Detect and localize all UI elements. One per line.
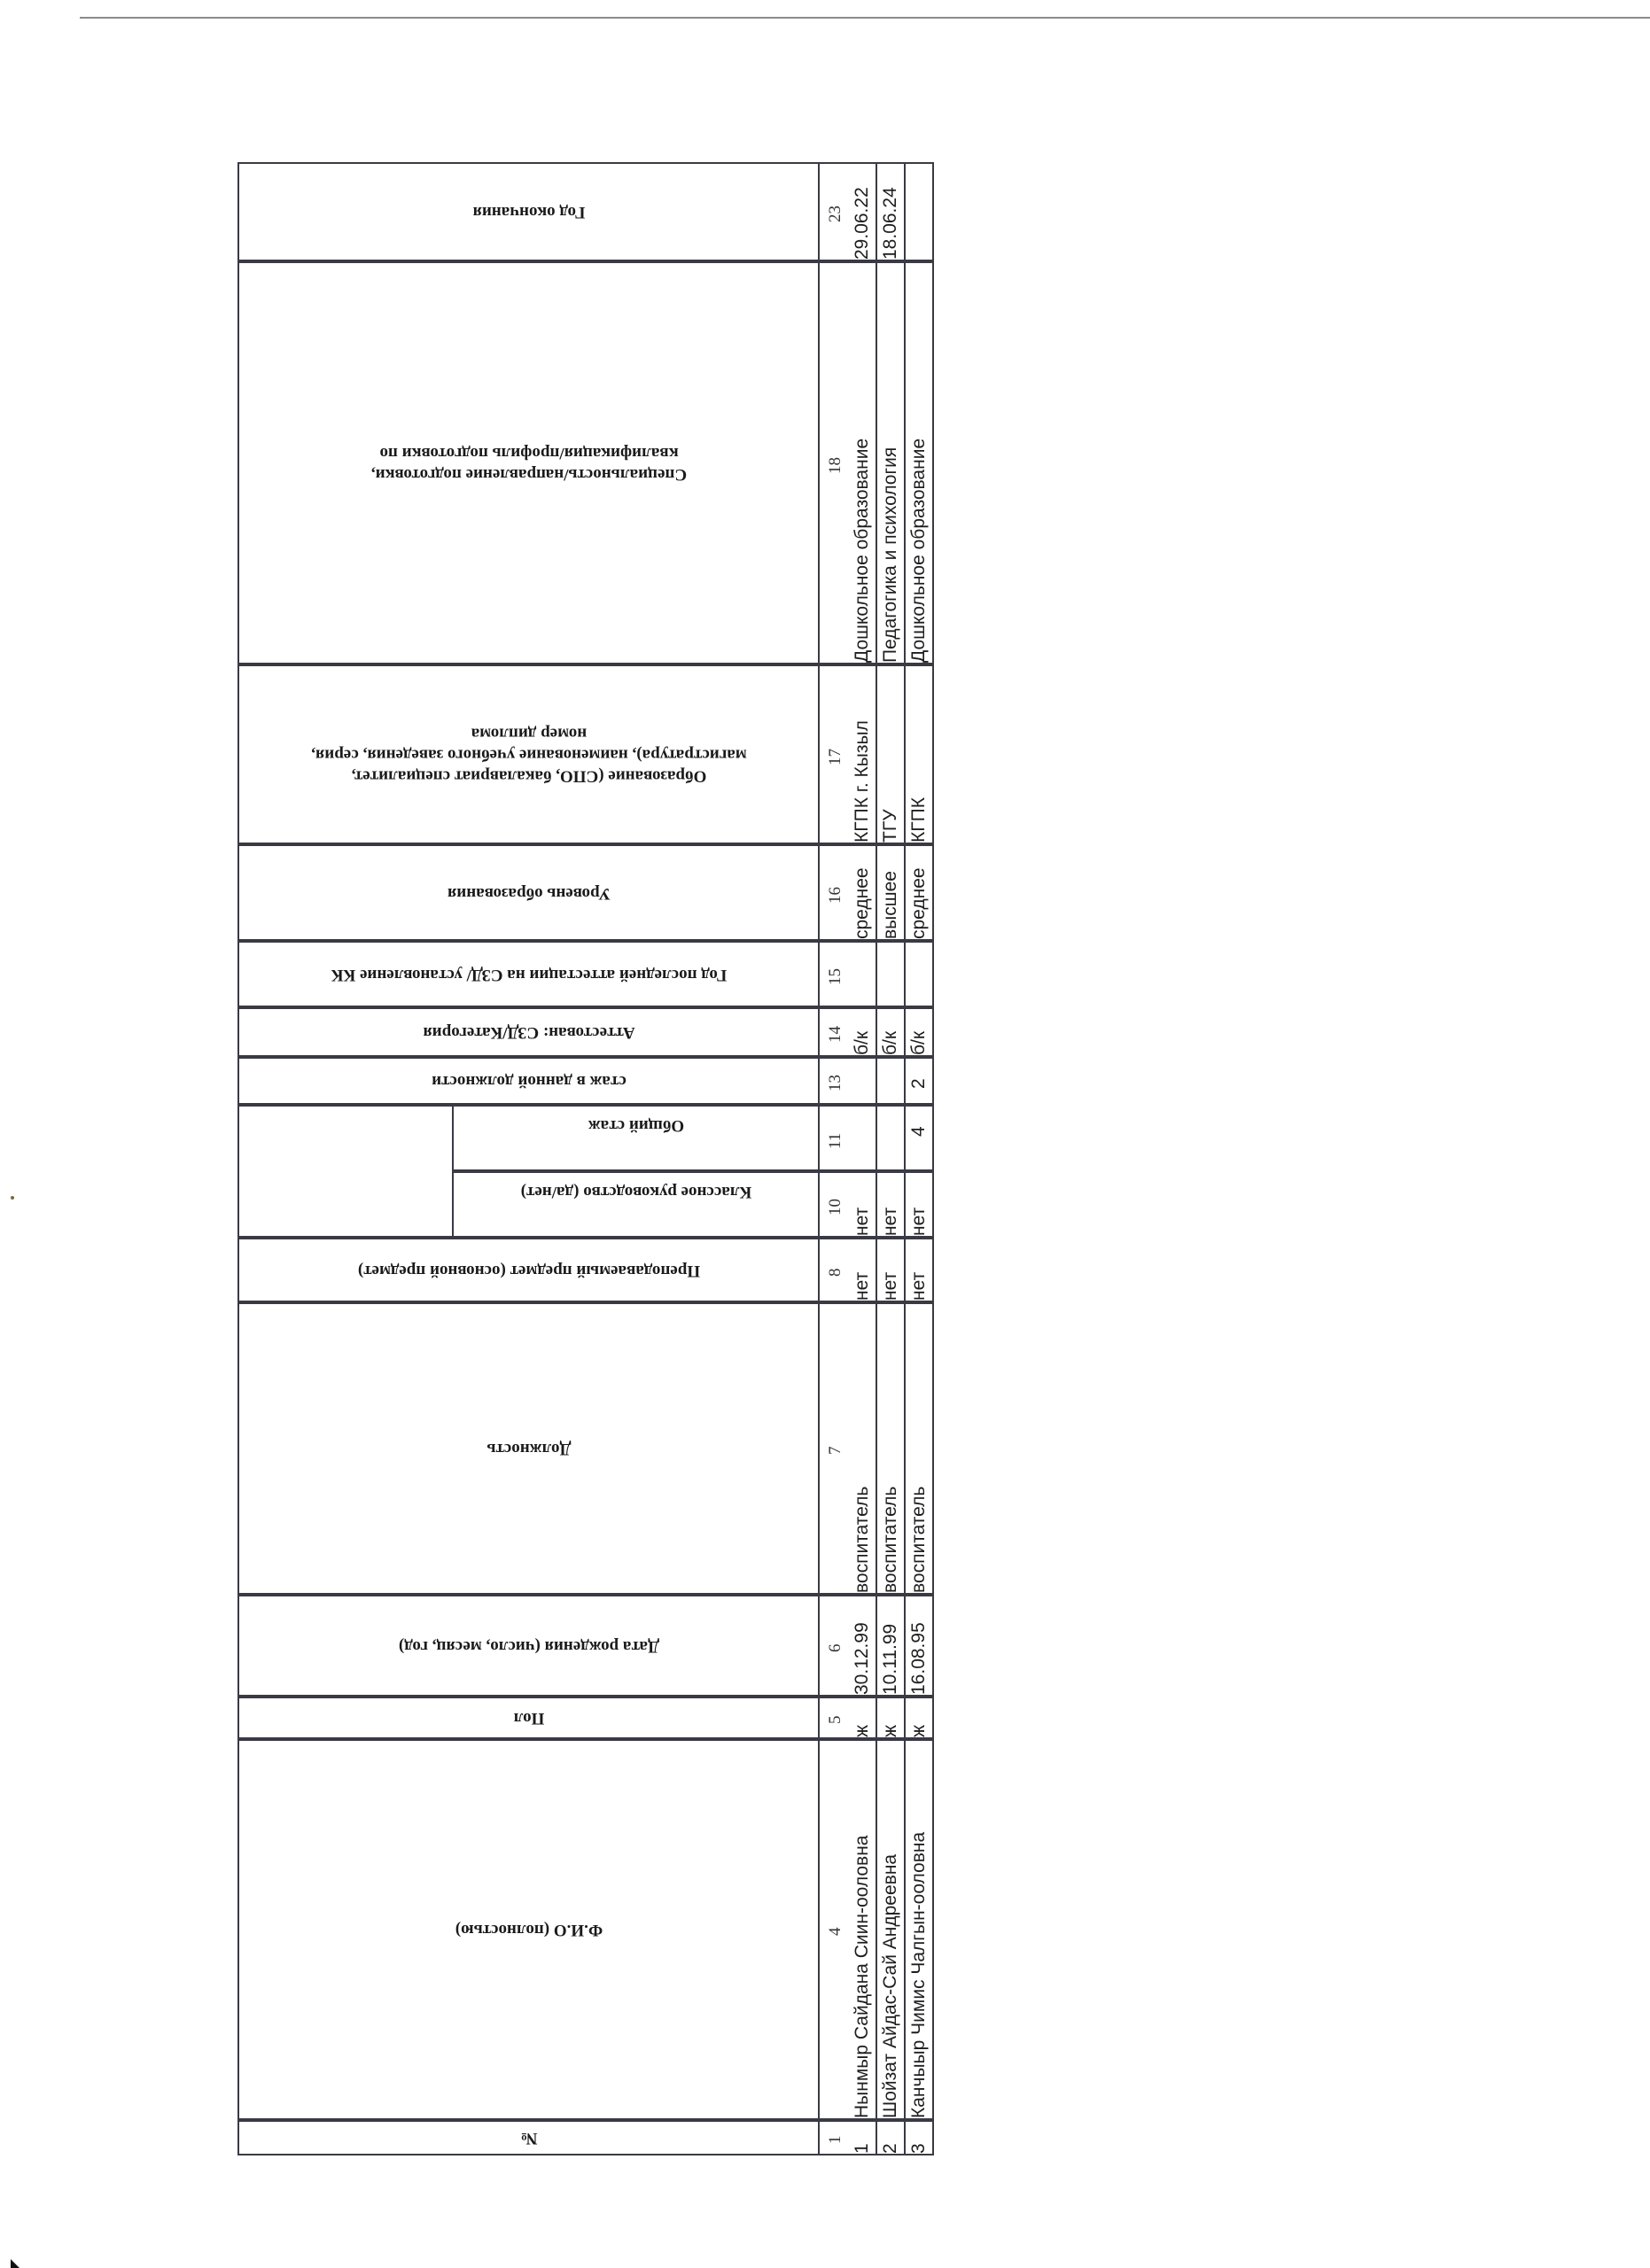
column-header-label: Уровень образования xyxy=(281,882,777,904)
table-cell-c18: Педагогика и психология xyxy=(876,261,906,664)
column-header-c8: Преподаваемый предмет (основной предмет) xyxy=(237,1238,820,1302)
table-cell-c16: 16среднее xyxy=(818,844,877,941)
scan-corner-mark xyxy=(11,2259,19,2268)
table-cell-c5: ж xyxy=(876,1697,906,1739)
column-header-label: Классное руководство (да/нет) xyxy=(470,1181,802,1202)
table-cell-c23: 2329.06.22 xyxy=(818,162,877,261)
table-cell-c17: КГПК xyxy=(904,664,934,844)
column-number: 23 xyxy=(827,206,844,222)
table-cell-c5: ж xyxy=(904,1697,934,1739)
column-number: 15 xyxy=(827,968,844,985)
cell-value-c5: ж xyxy=(852,1725,871,1737)
column-header-c23: Год окончания xyxy=(237,162,820,261)
column-header-label: Преподаваемый предмет (основной предмет) xyxy=(281,1260,777,1281)
table-cell-c14: 14б/к xyxy=(818,1007,877,1057)
column-header-label: Год последней аттестации на СЗД/ установ… xyxy=(281,964,777,985)
cell-value-c1: 3 xyxy=(909,2143,928,2154)
table-cell-c1: 3 xyxy=(904,2120,934,2155)
cell-value-c14: б/к xyxy=(852,1031,871,1055)
cell-value-c4: Канчыыр Чимис Чалгын-ооловна xyxy=(909,1832,928,2118)
table-cell-c6: 16.08.95 xyxy=(904,1595,934,1697)
column-header-label: Аттестован: СЗД/Категория xyxy=(281,1021,777,1043)
column-number: 14 xyxy=(827,1026,844,1043)
scan-top-rule xyxy=(80,17,1650,19)
cell-value-c7: воспитатель xyxy=(852,1487,871,1593)
cell-value-c1: 2 xyxy=(881,2143,899,2154)
table-cell-c13: 13 xyxy=(818,1057,877,1105)
column-header-c6: Дата рождения (число, месяц, год) xyxy=(237,1595,820,1697)
scan-speck xyxy=(11,1196,14,1200)
table-cell-c10: нет xyxy=(904,1171,934,1238)
cell-value-c10: нет xyxy=(909,1208,928,1236)
column-header-c15: Год последней аттестации на СЗД/ установ… xyxy=(237,941,820,1007)
cell-value-c5: ж xyxy=(881,1725,899,1737)
cell-value-c10: нет xyxy=(852,1208,871,1236)
column-header-c16: Уровень образования xyxy=(237,844,820,941)
cell-value-c11: 4 xyxy=(909,1126,928,1137)
column-header-c14: Аттестован: СЗД/Категория xyxy=(237,1007,820,1057)
cell-value-c18: Педагогика и психология xyxy=(881,447,899,663)
table-cell-c15: 15 xyxy=(818,941,877,1007)
column-header-c13: стаж в данной должности xyxy=(237,1057,820,1105)
cell-value-c8: нет xyxy=(881,1272,899,1301)
cell-value-c18: Дошкольное образование xyxy=(909,439,928,663)
table-cell-c15 xyxy=(904,941,934,1007)
column-number: 1 xyxy=(827,2136,844,2145)
cell-value-c14: б/к xyxy=(881,1031,899,1055)
cell-value-c17: КГПК xyxy=(909,797,928,843)
column-header-c4: Ф.И.О (полностью) xyxy=(237,1739,820,2120)
column-number: 4 xyxy=(827,1928,844,1937)
cell-value-c6: 30.12.99 xyxy=(852,1622,871,1695)
cell-value-c18: Дошкольное образование xyxy=(852,439,871,663)
table-cell-c11: 11 xyxy=(818,1105,877,1171)
cell-value-c7: воспитатель xyxy=(909,1487,928,1593)
table-cell-c13 xyxy=(876,1057,906,1105)
column-header-c1: № xyxy=(237,2120,820,2155)
table-cell-c4: 4Нынмыр Сайдана Сиин-ооловна xyxy=(818,1739,877,2120)
cell-value-c1: 1 xyxy=(852,2143,871,2154)
column-number: 6 xyxy=(827,1644,844,1653)
table-cell-c4: Канчыыр Чимис Чалгын-ооловна xyxy=(904,1739,934,2120)
column-header-label: Год окончания xyxy=(281,201,777,222)
table-cell-c10: 10нет xyxy=(818,1171,877,1238)
column-number: 7 xyxy=(827,1447,844,1456)
cell-value-c16: среднее xyxy=(909,867,928,939)
column-header-label: Ф.И.О (полностью) xyxy=(281,1919,777,1940)
cell-value-c4: Шойзат Айдас-Сай Андреевна xyxy=(881,1854,899,2118)
column-header-label: Общий стаж xyxy=(470,1115,802,1136)
table-cell-c4: Шойзат Айдас-Сай Андреевна xyxy=(876,1739,906,2120)
cell-value-c17: ТГУ xyxy=(881,809,899,843)
table-cell-c23: 18.06.24 xyxy=(876,162,906,261)
cell-value-c16: высшее xyxy=(881,871,899,939)
column-header-c7: Должность xyxy=(237,1302,820,1595)
table-cell-c6: 10.11.99 xyxy=(876,1595,906,1697)
cell-value-c6: 10.11.99 xyxy=(881,1624,899,1695)
table-cell-c5: 5ж xyxy=(818,1697,877,1739)
column-number: 11 xyxy=(827,1133,844,1149)
table-cell-c17: 17КГПК г. Кызыл xyxy=(818,664,877,844)
column-header-c11: Общий стаж xyxy=(452,1105,820,1171)
table-cell-c16: высшее xyxy=(876,844,906,941)
table-cell-c11 xyxy=(876,1105,906,1171)
table-cell-c14: б/к xyxy=(904,1007,934,1057)
column-header-c17: Образование (СПО, бакалавриат специалите… xyxy=(237,664,820,844)
column-number: 10 xyxy=(827,1199,844,1216)
table-cell-c11: 4 xyxy=(904,1105,934,1171)
column-number: 8 xyxy=(827,1269,844,1278)
table-cell-c18: 18Дошкольное образование xyxy=(818,261,877,664)
column-number: 17 xyxy=(827,749,844,765)
table-cell-c16: среднее xyxy=(904,844,934,941)
column-header-c5: Пол xyxy=(237,1697,820,1739)
column-header-label: Пол xyxy=(281,1707,777,1728)
column-header-c10: Классное руководство (да/нет) xyxy=(452,1171,820,1238)
cell-value-c4: Нынмыр Сайдана Сиин-ооловна xyxy=(852,1836,871,2118)
table-cell-c7: 7воспитатель xyxy=(818,1302,877,1595)
table-cell-c18: Дошкольное образование xyxy=(904,261,934,664)
cell-value-c13: 2 xyxy=(909,1078,928,1089)
table-cell-c15 xyxy=(876,941,906,1007)
column-header-label: Дата рождения (число, месяц, год) xyxy=(281,1635,777,1657)
table-cell-c8: нет xyxy=(904,1238,934,1302)
table-cell-c6: 630.12.99 xyxy=(818,1595,877,1697)
column-number: 16 xyxy=(827,887,844,904)
column-header-label: Должность xyxy=(281,1438,777,1459)
column-header-label: № xyxy=(281,2127,777,2148)
cell-value-c16: среднее xyxy=(852,867,871,939)
column-number: 18 xyxy=(827,457,844,474)
cell-value-c8: нет xyxy=(852,1272,871,1301)
table-cell-c14: б/к xyxy=(876,1007,906,1057)
table-cell-c23 xyxy=(904,162,934,261)
table-cell-c8: 8нет xyxy=(818,1238,877,1302)
column-number: 13 xyxy=(827,1075,844,1091)
cell-value-c5: ж xyxy=(909,1725,928,1737)
table-cell-c1: 11 xyxy=(818,2120,877,2155)
cell-value-c10: нет xyxy=(881,1208,899,1236)
column-header-c18: Специальность/направление подготовки, кв… xyxy=(237,261,820,664)
column-header-label: Образование (СПО, бакалавриат специалите… xyxy=(299,723,759,786)
cell-value-c17: КГПК г. Кызыл xyxy=(852,720,871,843)
header-empty-block xyxy=(237,1105,454,1238)
table-cell-c10: нет xyxy=(876,1171,906,1238)
cell-value-c6: 16.08.95 xyxy=(909,1622,928,1695)
cell-value-c23: 18.06.24 xyxy=(881,187,899,260)
cell-value-c23: 29.06.22 xyxy=(852,187,871,260)
table-cell-c8: нет xyxy=(876,1238,906,1302)
cell-value-c8: нет xyxy=(909,1272,928,1301)
table-cell-c7: воспитатель xyxy=(876,1302,906,1595)
column-number: 5 xyxy=(827,1716,844,1725)
table-cell-c13: 2 xyxy=(904,1057,934,1105)
cell-value-c14: б/к xyxy=(909,1031,928,1055)
column-header-label: Специальность/направление подготовки, кв… xyxy=(321,442,737,485)
table-cell-c7: воспитатель xyxy=(904,1302,934,1595)
table-cell-c1: 2 xyxy=(876,2120,906,2155)
column-header-label: стаж в данной должности xyxy=(281,1070,777,1091)
table-cell-c17: ТГУ xyxy=(876,664,906,844)
cell-value-c7: воспитатель xyxy=(881,1487,899,1593)
